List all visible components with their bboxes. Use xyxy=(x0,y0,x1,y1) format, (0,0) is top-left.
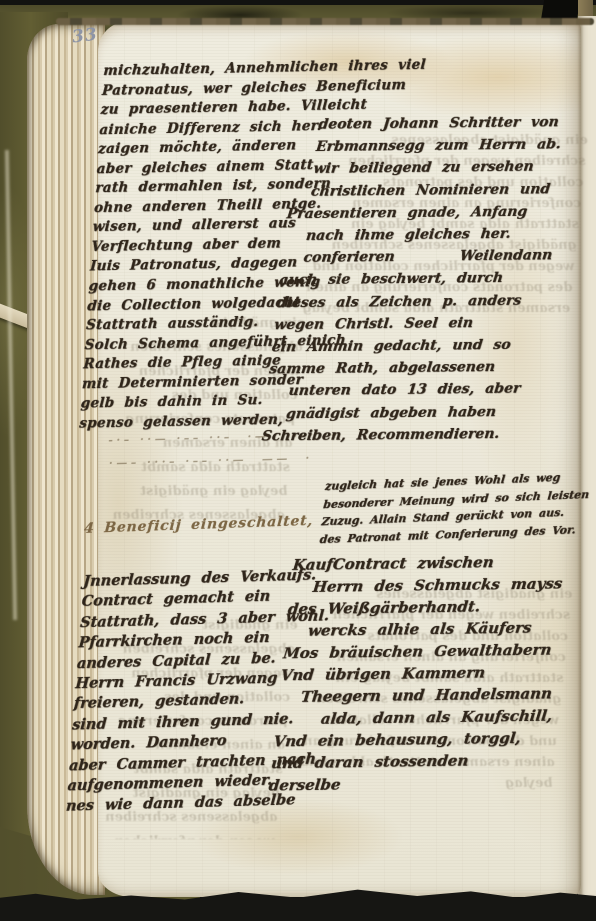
right-column-block1: deoten Johann Schritter von Erbmannsegg … xyxy=(261,111,569,447)
handwritten-line: christlichen Nominieren und xyxy=(288,178,561,203)
book-photo: ein gnädigist abgelassenes schreiben weg… xyxy=(0,0,596,921)
right-column-marginal-note: zugleich hat sie jenes Wohl als wegbeson… xyxy=(319,468,592,549)
gutter-crease xyxy=(579,20,582,895)
handwritten-line: wir beiliegend zu ersehen xyxy=(291,156,564,181)
handwritten-line: derselbe xyxy=(268,770,547,796)
handwritten-line: unteren dato 13 dies, aber xyxy=(266,378,539,403)
handwritten-line: gnädigist abgeben haben xyxy=(263,400,536,425)
handwritten-line: auch sie beschwert, durch xyxy=(278,267,551,292)
right-column-block2: KaufContract zwischen Herrn des Schmucks… xyxy=(268,550,571,796)
handwritten-line: nach ihme gleiches her. xyxy=(283,222,556,247)
handwritten-line: ein Ammin gedacht, und so xyxy=(271,333,544,358)
page-number: 33 xyxy=(71,25,99,48)
handwritten-line: Praesentieren gnade, Anfang xyxy=(286,200,559,225)
handwritten-line: samme Rath, abgelassenen xyxy=(268,356,541,381)
handwritten-line: conferieren Weilendann xyxy=(281,245,554,270)
handwritten-line: dieses als Zeichen p. anders xyxy=(276,289,549,314)
handwritten-line: Schreiben, Recommendieren. xyxy=(261,422,534,447)
page-head-edge xyxy=(56,18,594,25)
handwritten-line: deoten Johann Schritter von xyxy=(296,111,569,136)
handwritten-line: wegen Christl. Seel ein xyxy=(273,311,546,336)
handwritten-line: Erbmannsegg zum Herrn ab. xyxy=(293,133,566,158)
